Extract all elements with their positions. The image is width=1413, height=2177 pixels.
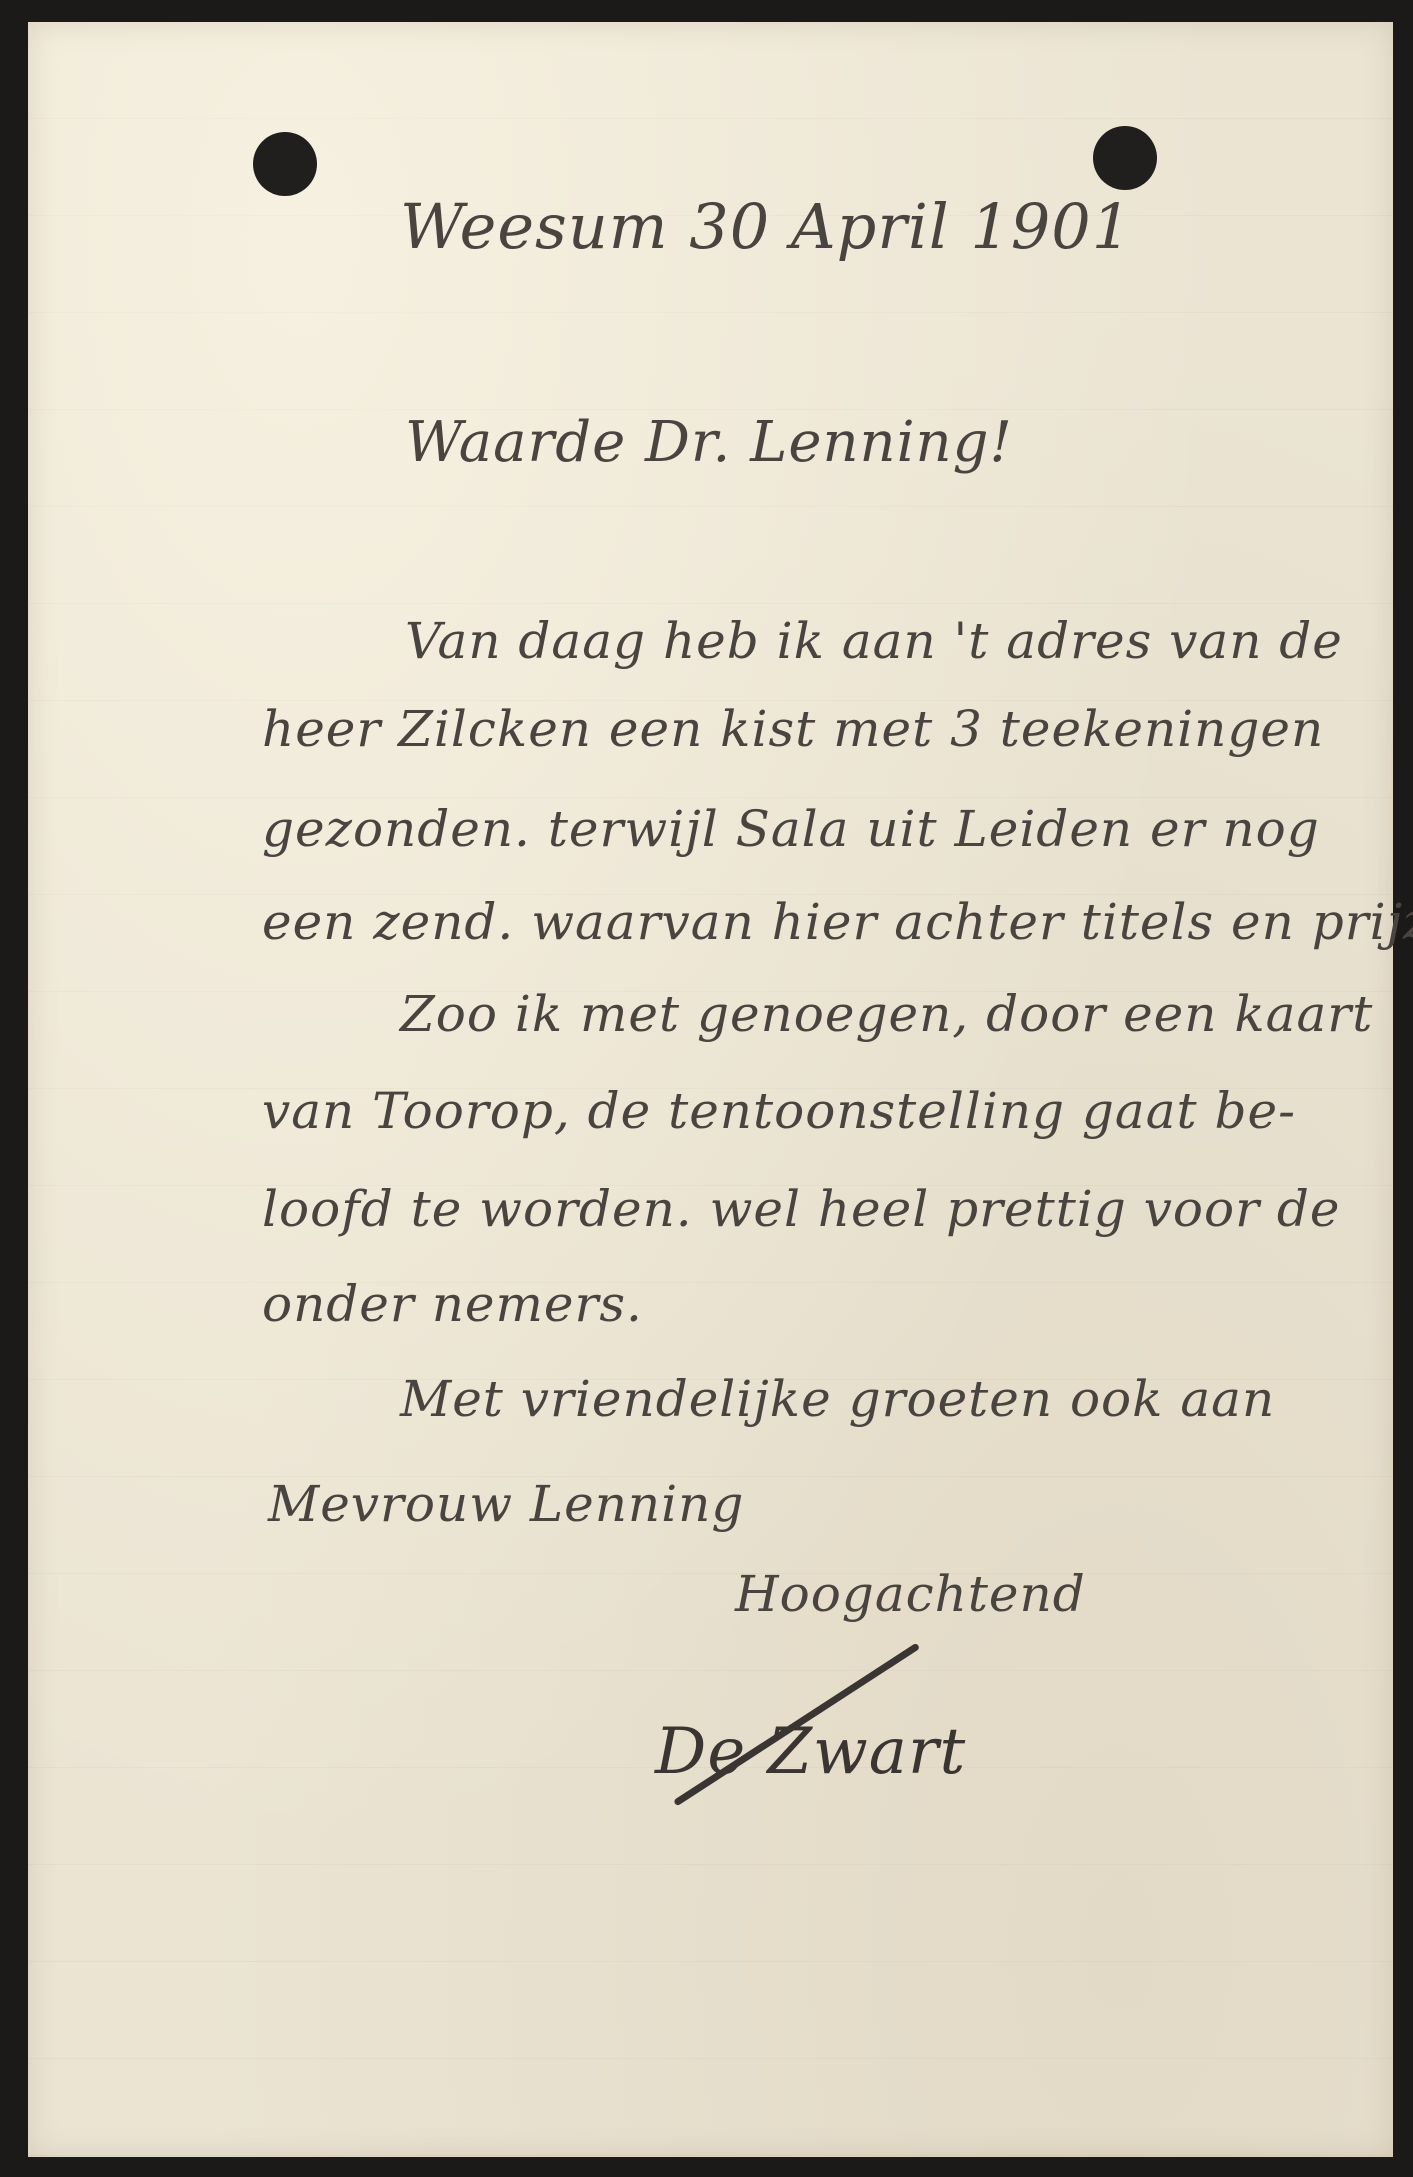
letter-body-line: een zend. waarvan hier achter titels en … [262, 893, 1413, 951]
letter-body-line: heer Zilcken een kist met 3 teekeningen [262, 700, 1324, 758]
letter-body-line: Zoo ik met genoegen, door een kaart [400, 985, 1373, 1043]
letter-place-date: Weesum 30 April 1901 [400, 190, 1132, 263]
letter-body-line: Van daag heb ik aan 't adres van de [405, 612, 1343, 670]
signature: De Zwart [655, 1715, 966, 1789]
letter-body-line: onder nemers. [262, 1275, 643, 1333]
punch-hole-right [1093, 126, 1157, 190]
letter-salutation: Waarde Dr. Lenning! [405, 410, 1013, 475]
letter-body-line: van Toorop, de tentoonstelling gaat be- [262, 1082, 1296, 1140]
letter-closing-greeting: Met vriendelijke groeten ook aan [400, 1370, 1275, 1428]
letter-closing-valediction: Hoogachtend [735, 1565, 1086, 1623]
punch-hole-left [253, 132, 317, 196]
letter-body-line: loofd te worden. wel heel prettig voor d… [262, 1180, 1341, 1238]
letter-body-line: gezonden. terwijl Sala uit Leiden er nog [262, 800, 1320, 858]
letter-closing-recipient: Mevrouw Lenning [268, 1475, 744, 1533]
